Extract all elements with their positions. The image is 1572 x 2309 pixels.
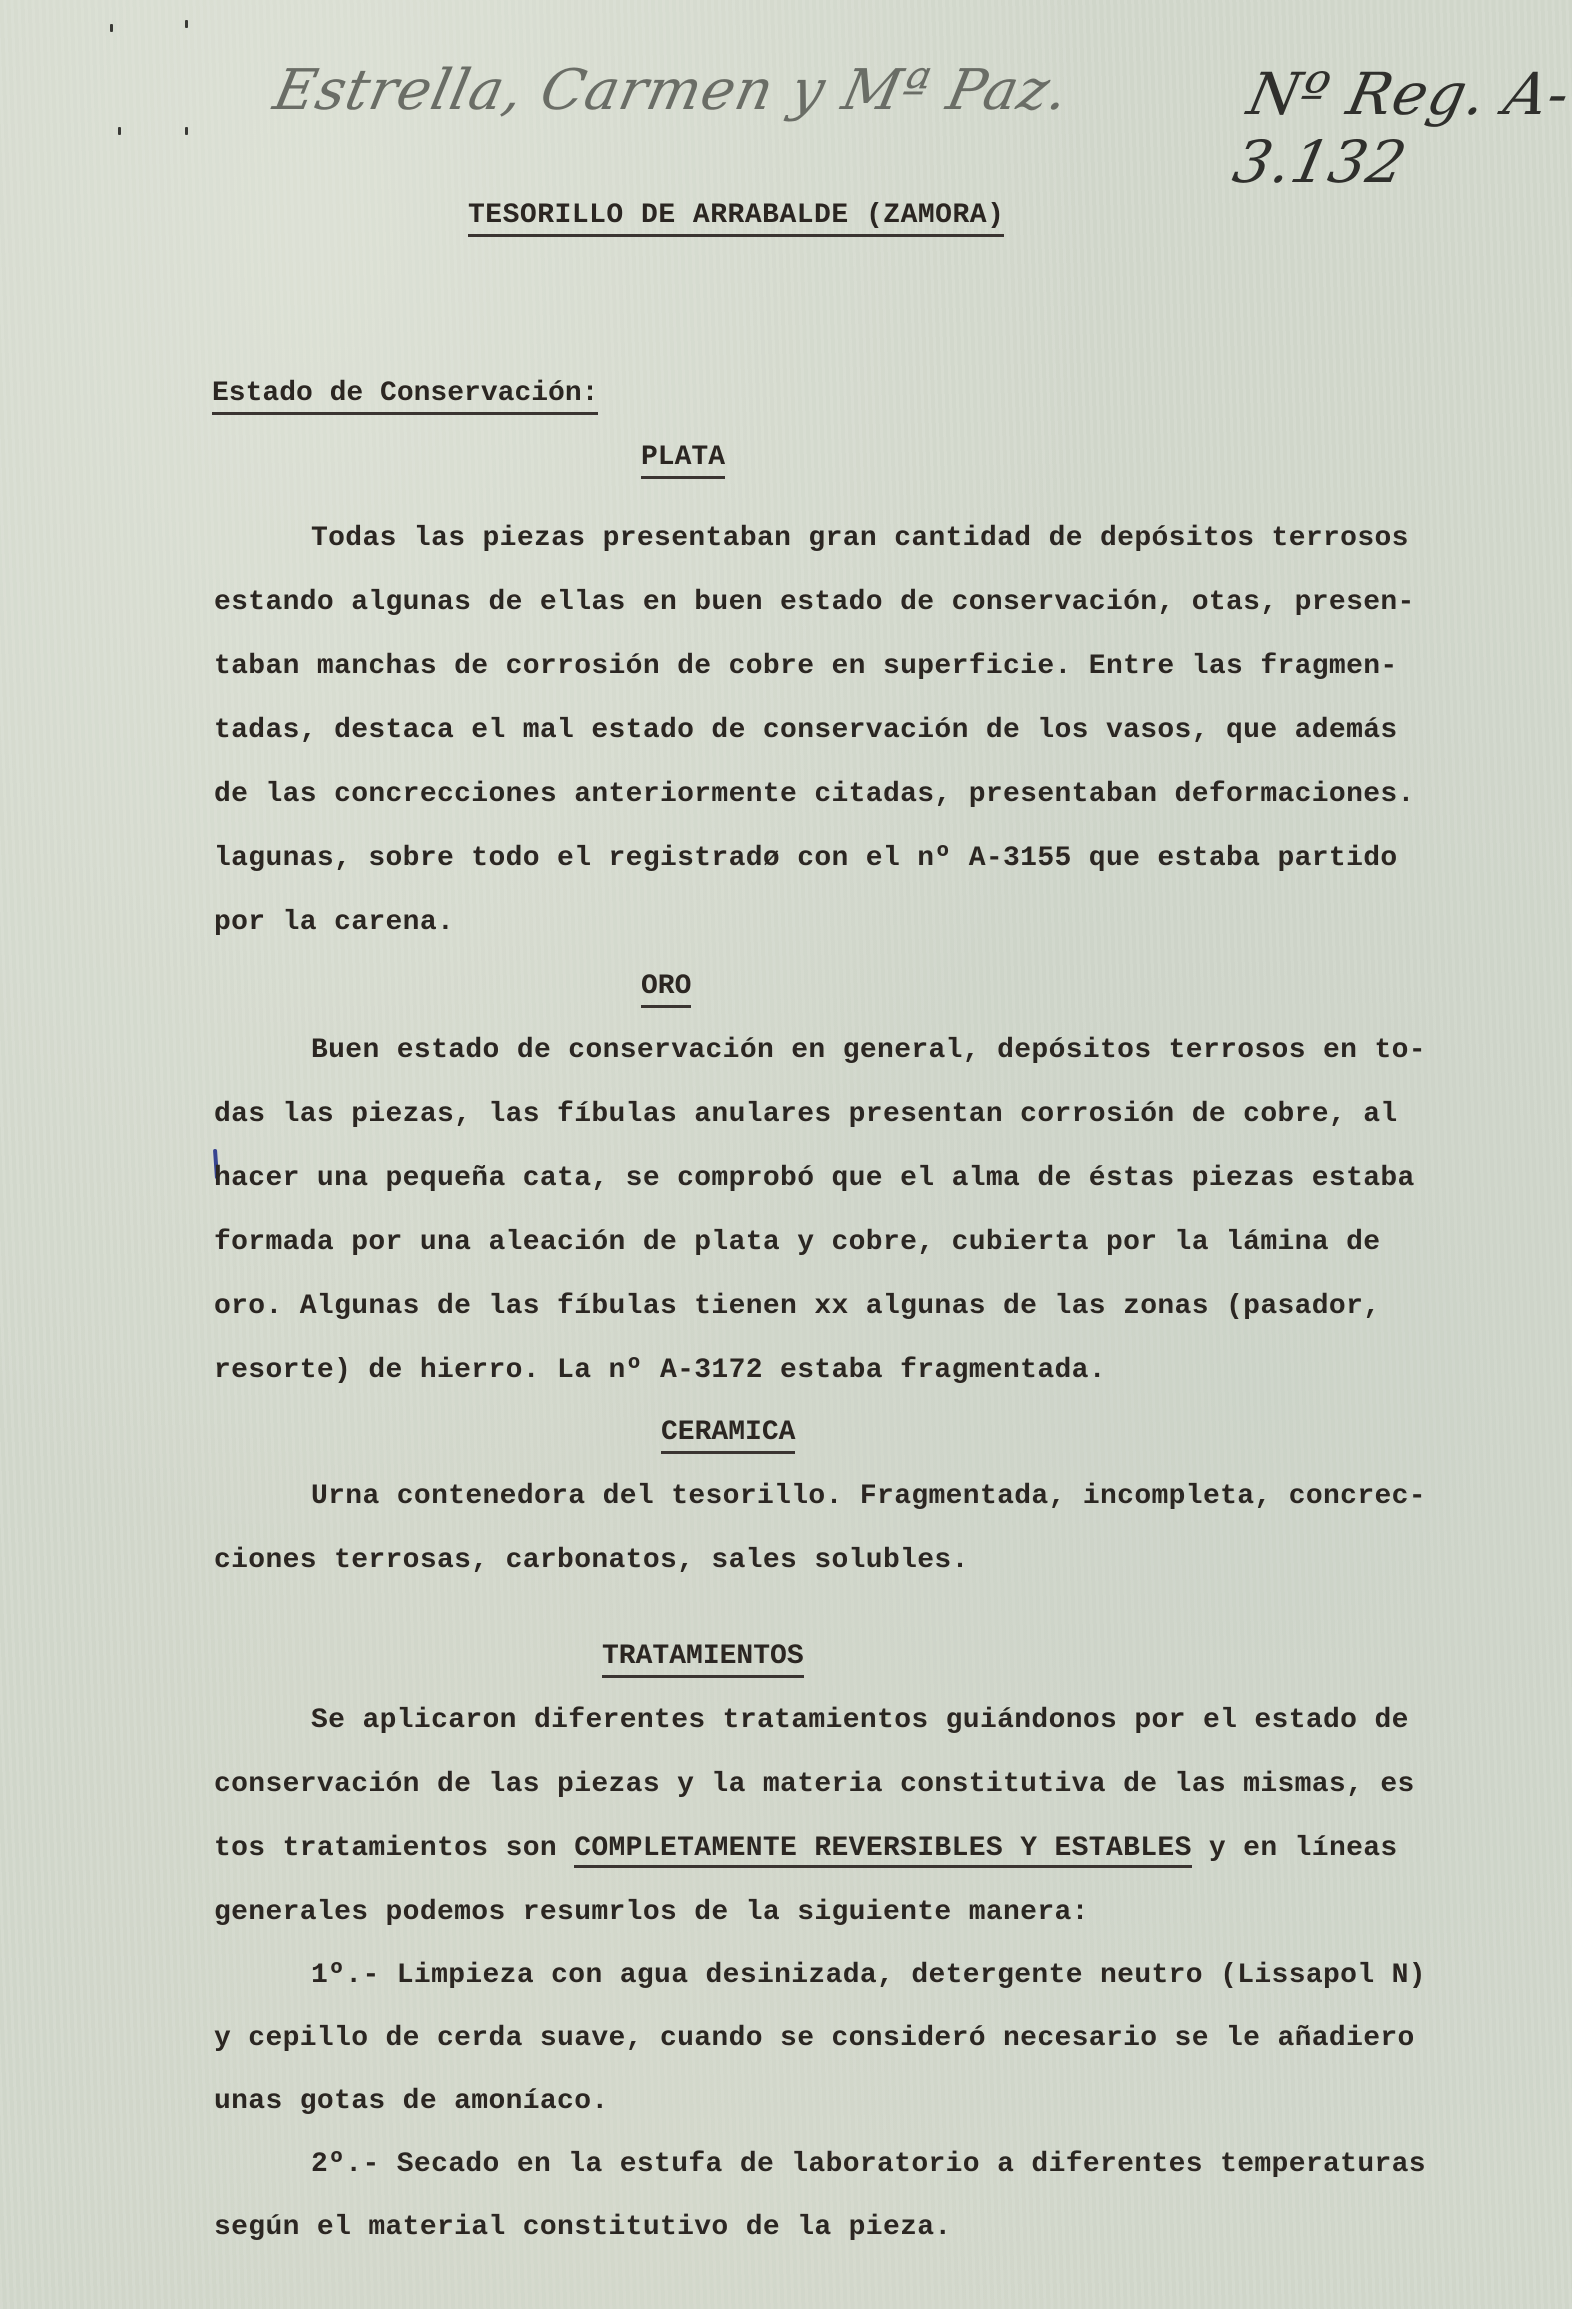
oro-line: resorte) de hierro. La nº A-3172 estaba … bbox=[214, 1355, 1106, 1387]
tratamientos-line: tos tratamientos son COMPLETAMENTE REVER… bbox=[214, 1833, 1398, 1865]
plata-line: por la carena. bbox=[214, 907, 454, 939]
step-1-line: 1º.- Limpieza con agua desinizada, deter… bbox=[311, 1960, 1426, 1992]
punch-mark bbox=[185, 127, 188, 135]
oro-line: oro. Algunas de las fíbulas tienen xx al… bbox=[214, 1291, 1380, 1323]
document-title: TESORILLO DE ARRABALDE (ZAMORA) bbox=[468, 200, 1004, 237]
plata-line: de las concrecciones anteriormente citad… bbox=[214, 779, 1415, 811]
plata-line: taban manchas de corrosión de cobre en s… bbox=[214, 651, 1398, 683]
tratamientos-line: Se aplicaron diferentes tratamientos gui… bbox=[311, 1705, 1409, 1737]
oro-line: formada por una aleación de plata y cobr… bbox=[214, 1227, 1380, 1259]
tratamientos-heading: TRATAMIENTOS bbox=[602, 1641, 804, 1678]
plata-line: Todas las piezas presentaban gran cantid… bbox=[311, 523, 1409, 555]
tratamientos-line: conservación de las piezas y la materia … bbox=[214, 1769, 1415, 1801]
conservation-state-heading: Estado de Conservación: bbox=[212, 378, 598, 415]
punch-mark bbox=[118, 127, 121, 135]
document-page: Estrella, Carmen y Mª Paz. Nº Reg. A- 3.… bbox=[0, 0, 1572, 2309]
tratamientos-line-text: y en líneas bbox=[1192, 1833, 1398, 1864]
plata-line: tadas, destaca el mal estado de conserva… bbox=[214, 715, 1398, 747]
punch-mark bbox=[185, 20, 188, 28]
punch-mark bbox=[110, 24, 113, 32]
tratamientos-line: generales podemos resumrlos de la siguie… bbox=[214, 1897, 1089, 1929]
handwritten-registry-number: Nº Reg. A- 3.132 bbox=[1228, 60, 1572, 196]
oro-line: Buen estado de conservación en general, … bbox=[311, 1035, 1426, 1067]
oro-line: hacer una pequeña cata, se comprobó que … bbox=[214, 1163, 1415, 1195]
ceramica-heading: CERAMICA bbox=[661, 1417, 795, 1454]
tratamientos-line-text: tos tratamientos son bbox=[214, 1833, 574, 1864]
ceramica-line: ciones terrosas, carbonatos, sales solub… bbox=[214, 1545, 969, 1577]
step-2-line: según el material constitutivo de la pie… bbox=[214, 2212, 952, 2244]
oro-line: das las piezas, las fíbulas anulares pre… bbox=[214, 1099, 1398, 1131]
step-2-line: 2º.- Secado en la estufa de laboratorio … bbox=[311, 2149, 1426, 2181]
step-1-line: unas gotas de amoníaco. bbox=[214, 2086, 609, 2118]
oro-heading: ORO bbox=[641, 971, 691, 1008]
step-1-line: y cepillo de cerda suave, cuando se cons… bbox=[214, 2023, 1415, 2055]
handwritten-authors-note: Estrella, Carmen y Mª Paz. bbox=[268, 58, 1075, 123]
ceramica-line: Urna contenedora del tesorillo. Fragment… bbox=[311, 1481, 1426, 1513]
plata-heading: PLATA bbox=[641, 442, 725, 479]
plata-line: lagunas, sobre todo el registradø con el… bbox=[214, 843, 1398, 875]
plata-line: estando algunas de ellas en buen estado … bbox=[214, 587, 1415, 619]
emphasized-reversible-stable: COMPLETAMENTE REVERSIBLES Y ESTABLES bbox=[574, 1833, 1192, 1868]
